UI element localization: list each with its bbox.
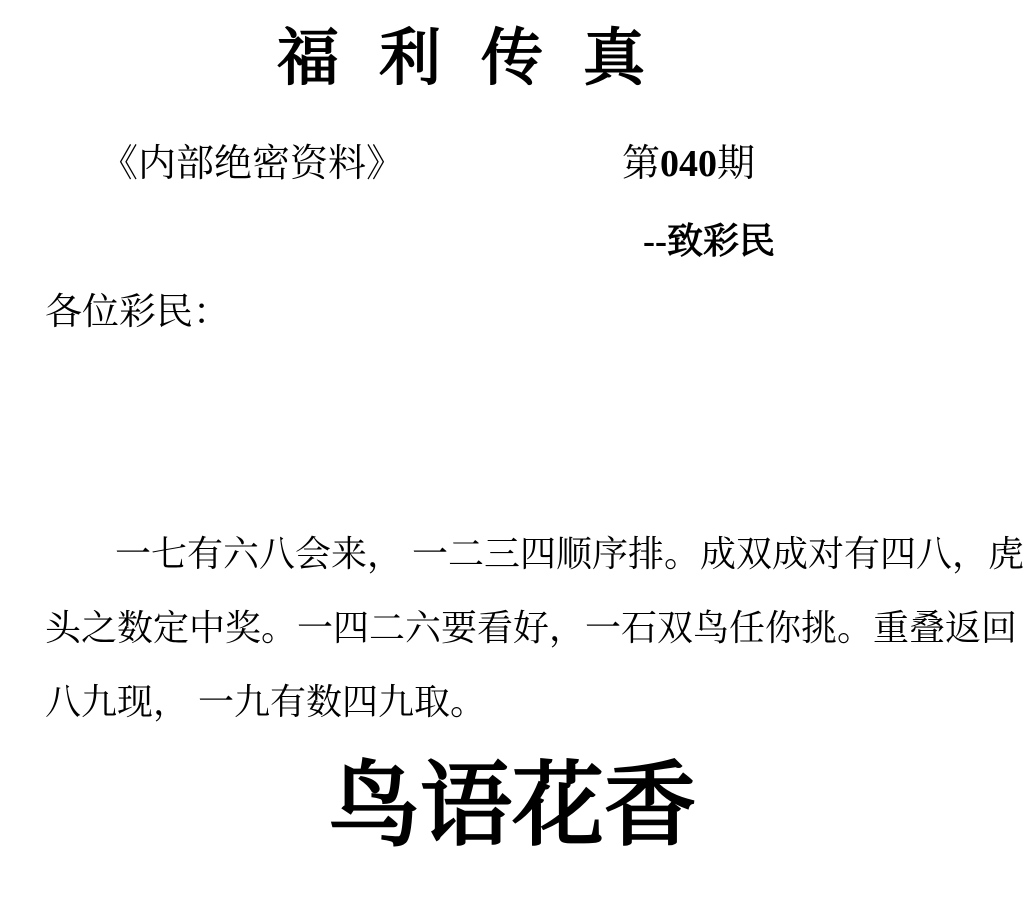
- verse-paragraph: 一七有六八会来， 一二三四顺序排。成双成对有四八，虎 头之数定中奖。一四二六要看…: [45, 517, 1020, 739]
- issue-prefix: 第: [622, 143, 660, 185]
- classification-label: 《内部绝密资料》: [100, 142, 404, 188]
- page-title: 福利传真: [277, 28, 685, 90]
- issue-suffix: 期: [717, 143, 755, 185]
- salutation-line: 各位彩民：: [45, 291, 230, 335]
- issue-digits: 040: [660, 143, 717, 185]
- verse-line-2: 头之数定中奖。一四二六要看好，一石双鸟任你挑。重叠返回: [45, 591, 1020, 665]
- verse-line-3: 八九现， 一九有数四九取。: [45, 665, 1020, 739]
- issue-label: 第040期: [622, 142, 755, 188]
- fax-document-page: 福利传真 《内部绝密资料》 第040期 --致彩民 各位彩民： 一七有六八会来，…: [0, 0, 1024, 905]
- dedication-line: --致彩民: [643, 220, 775, 263]
- verse-line-1: 一七有六八会来， 一二三四顺序排。成双成对有四八，虎: [45, 517, 1020, 591]
- slogan-text: 鸟语花香: [0, 754, 1024, 860]
